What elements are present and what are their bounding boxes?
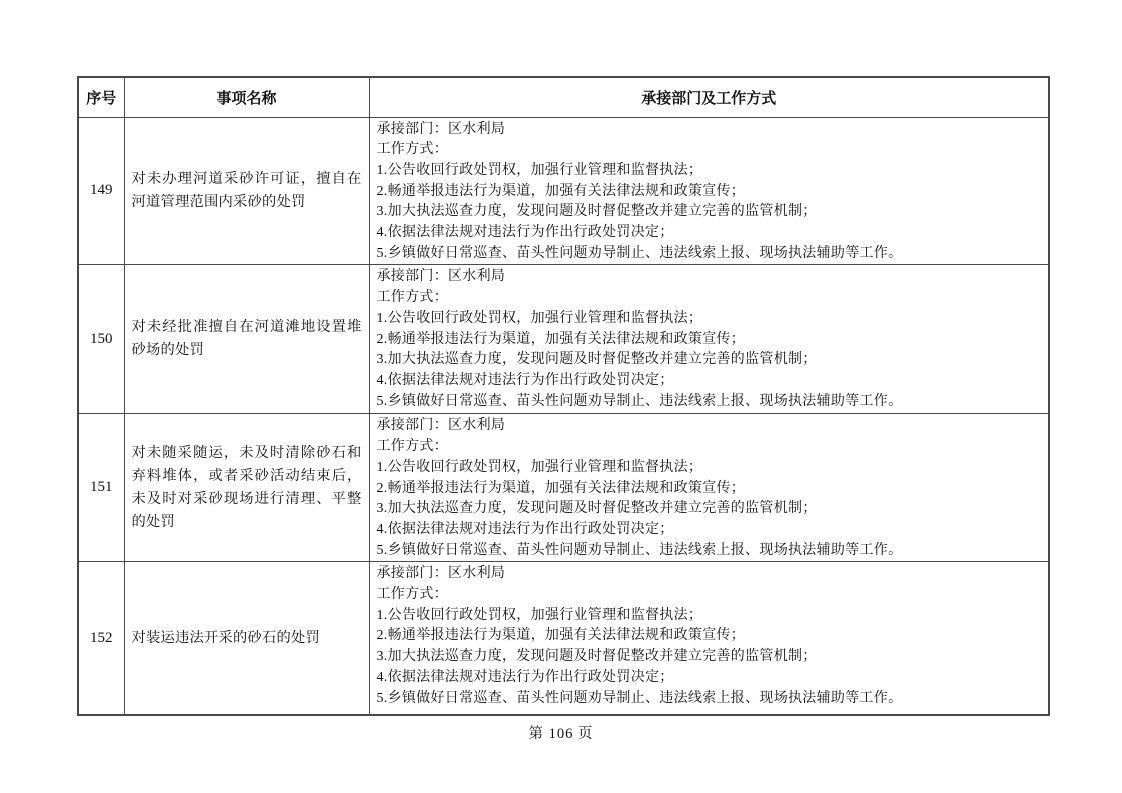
detail-line: 5.乡镇做好日常巡查、苗头性问题劝导制止、违法线索上报、现场执法辅助等工作。 [377, 244, 1041, 265]
detail-line: 4.依据法律法规对违法行为作出行政处罚决定； [377, 371, 1041, 392]
seq-cell: 150 [78, 265, 124, 414]
detail-line: 5.乡镇做好日常巡查、苗头性问题劝导制止、违法线索上报、现场执法辅助等工作。 [377, 541, 1041, 562]
table-row: 150 对未经批准擅自在河道滩地设置堆砂场的处罚 承接部门：区水利局工作方式：1… [78, 265, 1049, 414]
detail-line: 3.加大执法巡查力度，发现问题及时督促整改并建立完善的监管机制； [377, 647, 1041, 668]
detail-line: 1.公告收回行政处罚权，加强行业管理和监督执法； [377, 309, 1041, 330]
table-row: 149 对未办理河道采砂许可证，擅自在河道管理范围内采砂的处罚 承接部门：区水利… [78, 117, 1049, 265]
table-row: 152 对装运违法开采的砂石的处罚 承接部门：区水利局工作方式：1.公告收回行政… [78, 562, 1049, 715]
detail-line: 1.公告收回行政处罚权，加强行业管理和监督执法； [377, 606, 1041, 627]
item-name-cell: 对未办理河道采砂许可证，擅自在河道管理范围内采砂的处罚 [124, 117, 369, 265]
detail-line: 承接部门：区水利局 [377, 564, 1041, 585]
seq-cell: 152 [78, 562, 124, 715]
department-method-cell: 承接部门：区水利局工作方式：1.公告收回行政处罚权，加强行业管理和监督执法；2.… [369, 265, 1049, 414]
detail-line: 工作方式： [377, 585, 1041, 606]
header-seq: 序号 [78, 77, 124, 117]
header-row: 序号 事项名称 承接部门及工作方式 [78, 77, 1049, 117]
item-name-cell: 对装运违法开采的砂石的处罚 [124, 562, 369, 715]
detail-line: 承接部门：区水利局 [377, 267, 1041, 288]
item-name-cell: 对未随采随运，未及时清除砂石和弃料堆体，或者采砂活动结束后，未及时对采砂现场进行… [124, 414, 369, 562]
detail-line: 工作方式： [377, 140, 1041, 161]
detail-line: 5.乡镇做好日常巡查、苗头性问题劝导制止、违法线索上报、现场执法辅助等工作。 [377, 689, 1041, 710]
page-number: 第 106 页 [0, 722, 1122, 743]
detail-line: 5.乡镇做好日常巡查、苗头性问题劝导制止、违法线索上报、现场执法辅助等工作。 [377, 392, 1041, 413]
seq-cell: 151 [78, 414, 124, 562]
table-header: 序号 事项名称 承接部门及工作方式 [78, 77, 1049, 117]
item-name-cell: 对未经批准擅自在河道滩地设置堆砂场的处罚 [124, 265, 369, 414]
table-row: 151 对未随采随运，未及时清除砂石和弃料堆体，或者采砂活动结束后，未及时对采砂… [78, 414, 1049, 562]
detail-line: 4.依据法律法规对违法行为作出行政处罚决定； [377, 668, 1041, 689]
detail-line: 1.公告收回行政处罚权，加强行业管理和监督执法； [377, 458, 1041, 479]
items-table: 序号 事项名称 承接部门及工作方式 149 对未办理河道采砂许可证，擅自在河道管… [77, 76, 1050, 716]
detail-line: 2.畅通举报违法行为渠道，加强有关法律法规和政策宣传； [377, 626, 1041, 647]
detail-line: 工作方式： [377, 437, 1041, 458]
detail-line: 2.畅通举报违法行为渠道，加强有关法律法规和政策宣传； [377, 330, 1041, 351]
detail-line: 承接部门：区水利局 [377, 416, 1041, 437]
detail-line: 3.加大执法巡查力度，发现问题及时督促整改并建立完善的监管机制； [377, 499, 1041, 520]
department-method-cell: 承接部门：区水利局工作方式：1.公告收回行政处罚权，加强行业管理和监督执法；2.… [369, 414, 1049, 562]
header-item-name: 事项名称 [124, 77, 369, 117]
detail-line: 2.畅通举报违法行为渠道，加强有关法律法规和政策宣传； [377, 182, 1041, 203]
header-department-method: 承接部门及工作方式 [369, 77, 1049, 117]
detail-line: 3.加大执法巡查力度，发现问题及时督促整改并建立完善的监管机制； [377, 350, 1041, 371]
detail-line: 4.依据法律法规对违法行为作出行政处罚决定； [377, 520, 1041, 541]
department-method-cell: 承接部门：区水利局工作方式：1.公告收回行政处罚权，加强行业管理和监督执法；2.… [369, 562, 1049, 715]
detail-line: 工作方式： [377, 288, 1041, 309]
detail-line: 1.公告收回行政处罚权，加强行业管理和监督执法； [377, 161, 1041, 182]
detail-line: 4.依据法律法规对违法行为作出行政处罚决定； [377, 223, 1041, 244]
department-method-cell: 承接部门：区水利局工作方式：1.公告收回行政处罚权，加强行业管理和监督执法；2.… [369, 117, 1049, 265]
detail-line: 3.加大执法巡查力度，发现问题及时督促整改并建立完善的监管机制； [377, 202, 1041, 223]
table-body: 149 对未办理河道采砂许可证，擅自在河道管理范围内采砂的处罚 承接部门：区水利… [78, 117, 1049, 715]
detail-line: 2.畅通举报违法行为渠道，加强有关法律法规和政策宣传； [377, 479, 1041, 500]
detail-line: 承接部门：区水利局 [377, 120, 1041, 141]
seq-cell: 149 [78, 117, 124, 265]
